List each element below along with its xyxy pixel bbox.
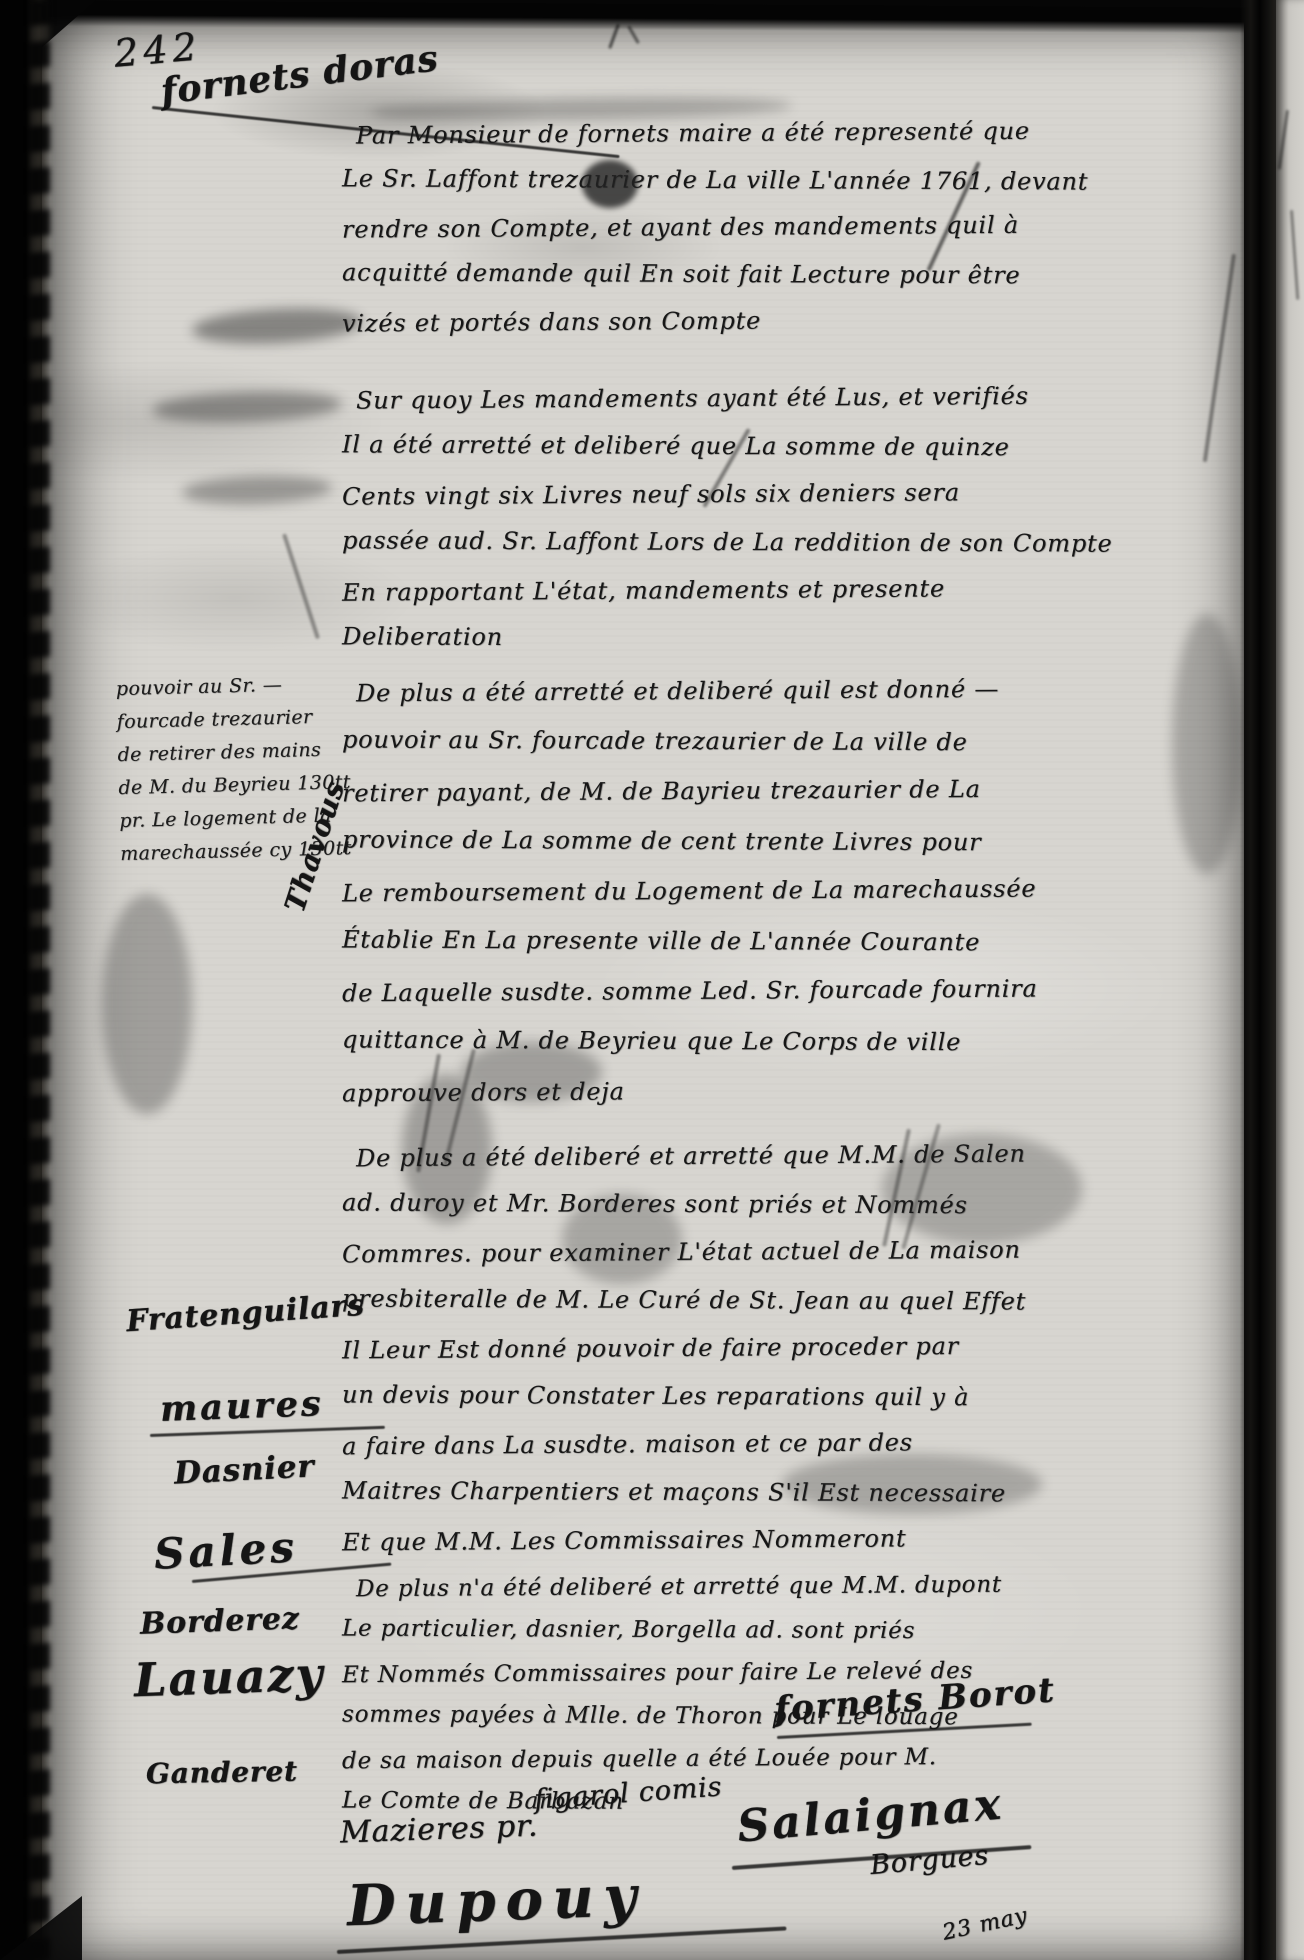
book-binding-edge <box>0 0 50 1960</box>
text-line: De plus n'a été deliberé et arretté que … <box>356 1564 1002 1612</box>
ink-bleed-smudge <box>462 1042 602 1102</box>
scan-corner-bottom-left <box>0 1896 82 1960</box>
text-line: province de La somme de cent trente Livr… <box>342 814 1038 867</box>
text-line: Cents vingt six Livres neuf sols six den… <box>342 467 1113 520</box>
signature-left-3: Dasnier <box>173 1448 315 1491</box>
show-through-stroke <box>282 533 320 639</box>
ink-bleed-smudge <box>102 894 192 1114</box>
show-through-stroke <box>1203 254 1236 463</box>
signature-left-7: Ganderet <box>146 1755 298 1791</box>
text-line: pouvoir au Sr. fourcade trezaurier de La… <box>342 714 1038 767</box>
text-line: Le particulier, dasnier, Borgella ad. so… <box>342 1608 1002 1654</box>
signature-left-4: Sales <box>153 1522 299 1578</box>
next-page-sliver <box>1276 0 1304 1960</box>
text-line: En rapportant L'état, mandements et pres… <box>342 563 1113 616</box>
corner-date-note: 23 may <box>940 1903 1030 1945</box>
signature-left-1: Fratenguilars <box>125 1288 366 1340</box>
text-line: vizés et portés dans son Compte <box>342 295 1089 347</box>
text-line: de Laquelle susdte. somme Led. Sr. fourc… <box>342 964 1038 1019</box>
text-line: Établie En La presente ville de L'année … <box>342 914 1038 967</box>
signature-left-5: Borderez <box>139 1601 300 1642</box>
signature-left-6: Lauazy <box>133 1647 325 1708</box>
ink-bleed-smudge <box>882 1134 1082 1244</box>
signature-left-2: maures <box>159 1383 324 1430</box>
next-page-mark <box>1278 110 1289 170</box>
text-line: acquitté demande quil En soit fait Lectu… <box>342 249 1088 299</box>
text-line: Et que M.M. Les Commissaires Nommeront <box>342 1514 1026 1567</box>
ink-bleed-smudge <box>191 305 363 348</box>
ink-bleed-smudge <box>562 1194 682 1284</box>
text-line: Il Leur Est donné pouvoir de faire proce… <box>342 1322 1026 1375</box>
text-line: De plus a été arretté et deliberé quil e… <box>356 664 1038 719</box>
text-line: un devis pour Constater Les reparations … <box>342 1371 1026 1422</box>
paragraph-1: Par Monsieur de fornets maire a été repr… <box>342 110 1088 345</box>
ink-bleed-smudge <box>152 389 343 426</box>
text-line: retirer payant, de M. de Bayrieu trezaur… <box>342 764 1038 819</box>
ink-bleed-smudge <box>182 473 333 506</box>
signature-borgues: Borgues <box>869 1840 990 1881</box>
ink-bleed-smudge <box>1172 614 1242 874</box>
text-line: Sur quoy Les mandements ayant été Lus, e… <box>356 371 1113 424</box>
text-line: Le remboursement du Logement de La marec… <box>342 864 1038 919</box>
text-line: rendre son Compte, et ayant des mandemen… <box>342 201 1089 253</box>
text-line: passée aud. Sr. Laffont Lors de La reddi… <box>342 516 1113 567</box>
ink-blot <box>582 160 638 208</box>
ink-bleed-smudge <box>782 1454 1042 1514</box>
paragraph-2: Sur quoy Les mandements ayant été Lus, e… <box>342 374 1113 662</box>
paragraph-3: De plus a été arretté et deliberé quil e… <box>342 666 1038 1116</box>
manuscript-page: 242 fornets doras pouvoir au Sr. — fourc… <box>42 14 1244 1960</box>
text-line: quittance à M. de Beyrieu que Le Corps d… <box>342 1014 1038 1067</box>
page-gutter-shadow <box>1240 0 1276 1960</box>
text-line: Deliberation <box>342 612 1113 663</box>
manuscript-scan: 242 fornets doras pouvoir au Sr. — fourc… <box>0 0 1304 1960</box>
clerk-note-left: Mazieres pr. <box>339 1809 538 1851</box>
text-line: presbiteralle de M. Le Curé de St. Jean … <box>342 1275 1026 1326</box>
next-page-mark <box>1290 210 1299 300</box>
signature-dupouy: Dupouy <box>346 1863 647 1939</box>
